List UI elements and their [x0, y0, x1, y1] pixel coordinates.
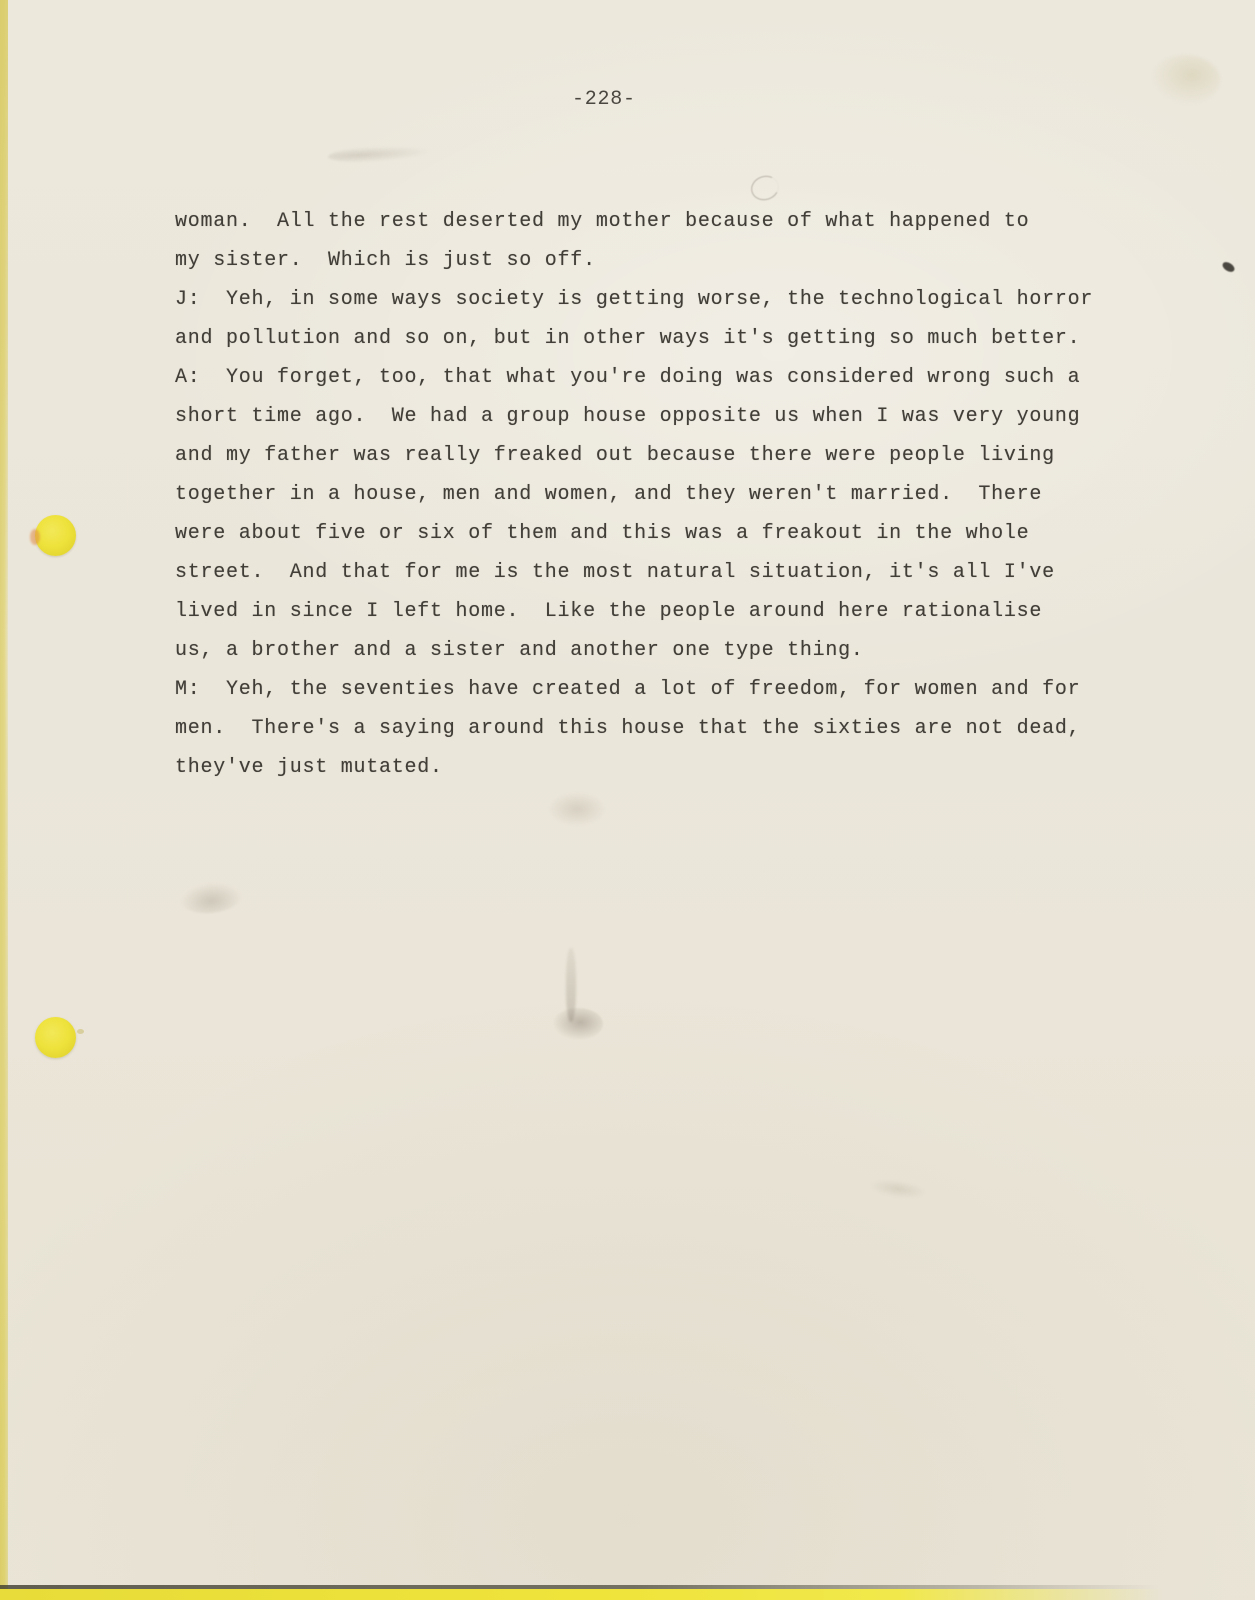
typed-line: men. There's a saying around this house …	[175, 709, 1135, 748]
typed-line: my sister. Which is just so off.	[175, 241, 1135, 280]
typed-line: woman. All the rest deserted my mother b…	[175, 202, 1135, 241]
hole-reinforcement-dot-top	[35, 515, 76, 556]
yellow-backing-left-edge	[0, 0, 8, 1600]
typed-line: street. And that for me is the most natu…	[175, 553, 1135, 592]
typed-line: and my father was really freaked out bec…	[175, 436, 1135, 475]
typed-line: and pollution and so on, but in other wa…	[175, 319, 1135, 358]
typed-line: us, a brother and a sister and another o…	[175, 631, 1135, 670]
stain-mark	[1150, 55, 1220, 105]
yellow-backing-bottom-edge	[0, 1589, 1200, 1600]
typed-line: lived in since I left home. Like the peo…	[175, 592, 1135, 631]
typed-line: they've just mutated.	[175, 748, 1135, 787]
typed-line: together in a house, men and women, and …	[175, 475, 1135, 514]
typed-line: J: Yeh, in some ways society is getting …	[175, 280, 1135, 319]
stain-drip	[566, 948, 576, 1022]
page-number: -228-	[572, 80, 636, 119]
hole-reinforcement-dot-bottom	[35, 1017, 76, 1058]
stain-mark	[548, 792, 606, 826]
stain-mark	[867, 1176, 929, 1202]
ink-speck	[1221, 260, 1236, 274]
typed-text-block: woman. All the rest deserted my mother b…	[175, 202, 1135, 787]
stain-mark	[179, 880, 244, 916]
typed-line: short time ago. We had a group house opp…	[175, 397, 1135, 436]
stain-blob	[553, 1008, 603, 1040]
typed-line: A: You forget, too, that what you're doi…	[175, 358, 1135, 397]
typed-line: M: Yeh, the seventies have created a lot…	[175, 670, 1135, 709]
stain-mark	[328, 143, 434, 164]
typed-line: were about five or six of them and this …	[175, 514, 1135, 553]
scanned-typescript-page: -228- woman. All the rest deserted my mo…	[0, 0, 1255, 1600]
pencil-mark-c	[748, 172, 782, 203]
